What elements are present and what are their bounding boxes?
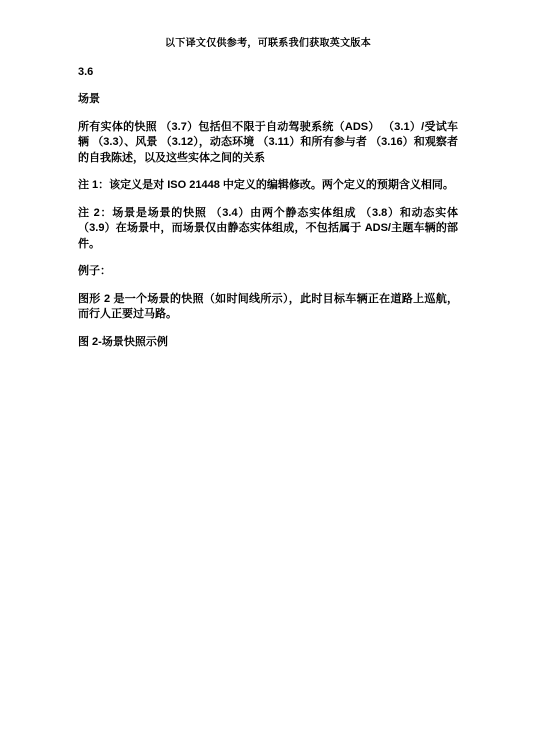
example-label: 例子： [78,264,458,280]
note-1: 注 1：该定义是对 ISO 21448 中定义的编辑修改。两个定义的预期含义相同… [78,178,458,194]
note-2: 注 2：场景是场景的快照 （3.4）由两个静态实体组成 （3.8）和动态实体 （… [78,206,458,253]
figure-caption: 图 2-场景快照示例 [78,335,458,351]
example-paragraph: 图形 2 是一个场景的快照（如时间线所示），此时目标车辆正在道路上巡航，而行人正… [78,292,458,323]
document-page: 以下译文仅供参考，可联系我们获取英文版本 3.6 场景 所有实体的快照 （3.7… [0,0,535,756]
section-title: 场景 [78,92,458,108]
section-number: 3.6 [78,65,458,81]
translation-disclaimer-header: 以下译文仅供参考，可联系我们获取英文版本 [78,36,458,52]
definition-paragraph: 所有实体的快照 （3.7）包括但不限于自动驾驶系统（ADS） （3.1）/受试车… [78,120,458,167]
